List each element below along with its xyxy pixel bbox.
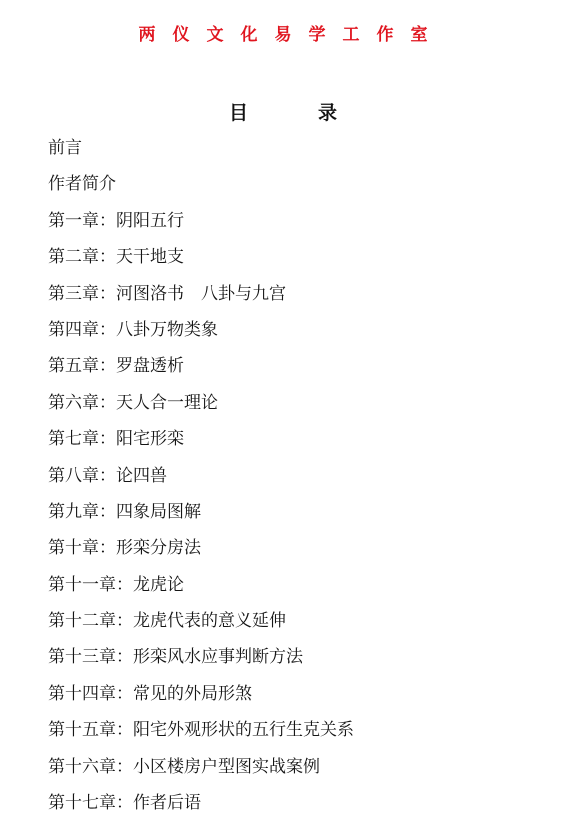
table-of-contents: 前言 作者简介 第一章：阴阳五行 第二章：天干地支 第三章：河图洛书 八卦与九宫… — [48, 136, 354, 827]
toc-heading-char-2: 录 — [318, 102, 337, 124]
toc-item-chapter-17: 第十七章：作者后语 — [48, 791, 354, 827]
toc-item-chapter-9: 第九章：四象局图解 — [48, 500, 354, 536]
toc-item-chapter-13: 第十三章：形栾风水应事判断方法 — [48, 645, 354, 681]
toc-item-chapter-8: 第八章：论四兽 — [48, 464, 354, 500]
toc-item-chapter-2: 第二章：天干地支 — [48, 245, 354, 281]
toc-item-author-intro: 作者简介 — [48, 172, 354, 208]
toc-item-chapter-10: 第十章：形栾分房法 — [48, 536, 354, 572]
studio-name: 两仪文化易学工作室 — [122, 25, 445, 45]
toc-item-chapter-3: 第三章：河图洛书 八卦与九宫 — [48, 282, 354, 318]
toc-item-chapter-16: 第十六章：小区楼房户型图实战案例 — [48, 755, 354, 791]
toc-item-chapter-14: 第十四章：常见的外局形煞 — [48, 682, 354, 718]
toc-item-chapter-1: 第一章：阴阳五行 — [48, 209, 354, 245]
toc-item-chapter-12: 第十二章：龙虎代表的意义延伸 — [48, 609, 354, 645]
toc-item-chapter-15: 第十五章：阳宅外观形状的五行生克关系 — [48, 718, 354, 754]
page-header: 两仪文化易学工作室 — [0, 20, 566, 45]
toc-item-chapter-5: 第五章：罗盘透析 — [48, 354, 354, 390]
toc-heading: 目录 — [0, 98, 566, 125]
toc-heading-char-1: 目 — [229, 98, 248, 125]
toc-item-chapter-6: 第六章：天人合一理论 — [48, 391, 354, 427]
toc-item-chapter-7: 第七章：阳宅形栾 — [48, 427, 354, 463]
toc-item-preface: 前言 — [48, 136, 354, 172]
toc-item-chapter-4: 第四章：八卦万物类象 — [48, 318, 354, 354]
toc-item-chapter-11: 第十一章：龙虎论 — [48, 573, 354, 609]
